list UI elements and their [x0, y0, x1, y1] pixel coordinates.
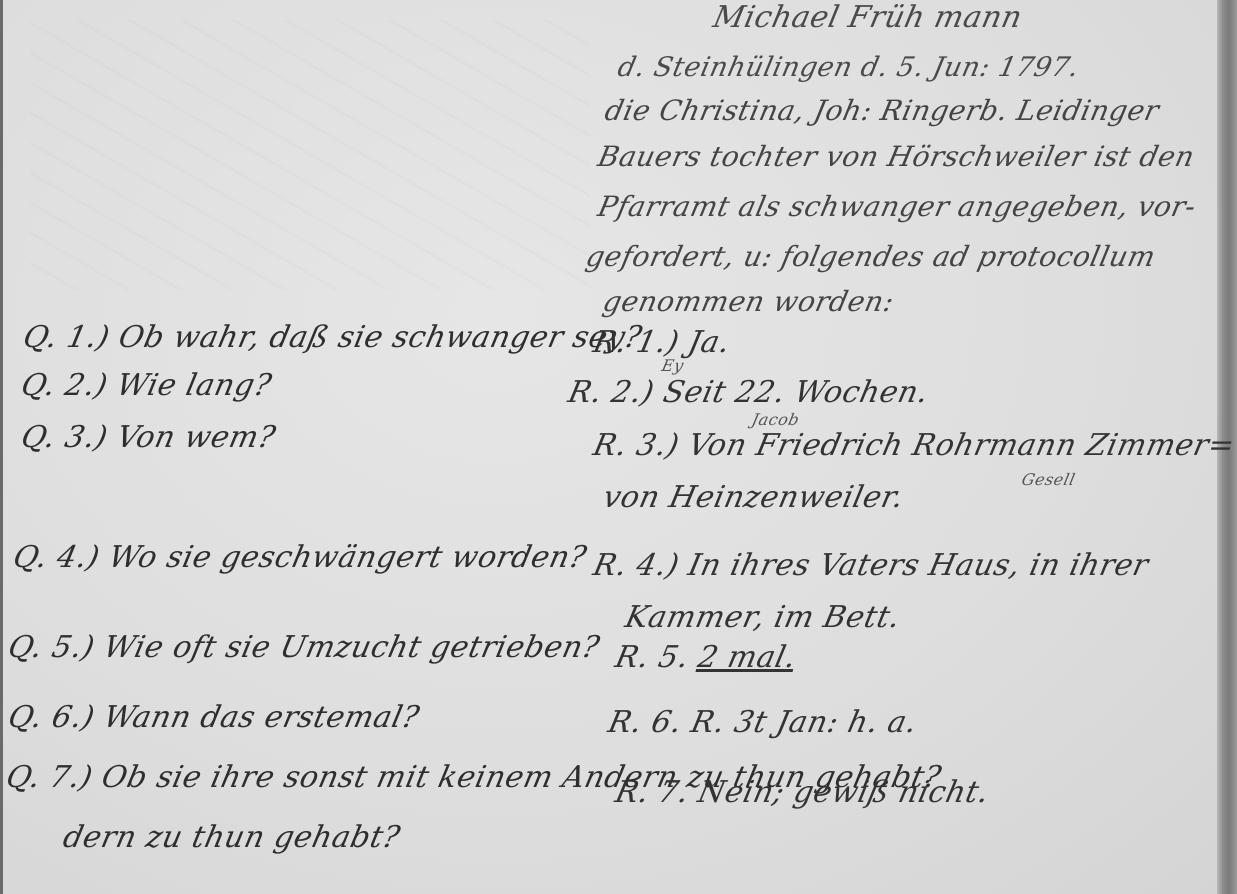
response-text: Nein; gewiß nicht.	[695, 775, 992, 810]
response-4-continuation: Kammer, im Bett.	[622, 600, 904, 635]
question-3: Q. 3.) Von wem?	[18, 420, 279, 455]
question-1: Q. 1.) Ob wahr, daß sie schwanger sey?	[20, 320, 645, 355]
question-label: Q. 3.)	[18, 420, 111, 455]
response-3-interlinear-below: Gesell	[1020, 470, 1077, 489]
question-label: Q. 4.)	[10, 540, 103, 575]
body-line-2: Bauers tochter von Hörschweiler ist den	[595, 140, 1198, 173]
question-6: Q. 6.) Wann das erstemal?	[5, 700, 423, 735]
response-text: In ihres Vaters Haus, in ihrer	[685, 548, 1152, 583]
question-label: Q. 6.)	[5, 700, 98, 735]
response-1: R. 1.) Ja.	[590, 325, 733, 360]
response-3-interlinear-above: Jacob	[750, 410, 801, 429]
question-text: Von wem?	[114, 420, 279, 455]
response-text: Von Friedrich Rohrmann Zimmer=	[685, 428, 1237, 463]
response-6: R. 6. R. 3t Jan: h. a.	[605, 705, 920, 740]
response-label: R. 2.)	[565, 375, 657, 410]
question-label: Q. 7.)	[3, 760, 96, 795]
response-2-interlinear: Ey	[660, 356, 686, 375]
page-left-edge	[0, 0, 3, 894]
response-2: R. 2.) Seit 22. Wochen.	[565, 375, 932, 410]
question-2: Q. 2.) Wie lang?	[18, 368, 275, 403]
response-text: Seit 22. Wochen.	[660, 375, 932, 410]
question-5: Q. 5.) Wie oft sie Umzucht getrieben?	[5, 630, 603, 665]
question-text: Wie oft sie Umzucht getrieben?	[101, 630, 603, 665]
response-text: R. 3t Jan: h. a.	[688, 705, 920, 740]
response-5: R. 5. 2 mal.	[612, 640, 799, 675]
question-4: Q. 4.) Wo sie geschwängert worden?	[10, 540, 590, 575]
bleed-through-texture	[30, 20, 590, 290]
response-3-continuation: von Heinzenweiler.	[600, 480, 907, 515]
response-4: R. 4.) In ihres Vaters Haus, in ihrer	[590, 548, 1152, 583]
response-label: R. 3.)	[590, 428, 682, 463]
response-label: R. 4.)	[590, 548, 682, 583]
question-text: Wo sie geschwängert worden?	[106, 540, 590, 575]
body-line-4: gefordert, u: folgendes ad protocollum	[583, 240, 1159, 273]
manuscript-page: Michael Früh mann d. Steinhülingen d. 5.…	[0, 0, 1237, 894]
header-place-date: d. Steinhülingen d. 5. Jun: 1797.	[615, 52, 1082, 83]
response-label: R. 6.	[605, 705, 685, 740]
question-text: Wie lang?	[114, 368, 275, 403]
response-label: R. 7.	[612, 775, 692, 810]
body-line-1: die Christina, Joh: Ringerb. Leidinger	[602, 94, 1162, 127]
response-text: Ja.	[685, 325, 733, 360]
response-7: R. 7. Nein; gewiß nicht.	[612, 775, 992, 810]
response-label: R. 1.)	[590, 325, 682, 360]
body-line-5: genommen worden:	[600, 285, 897, 318]
question-label: Q. 1.)	[20, 320, 113, 355]
question-label: Q. 2.)	[18, 368, 111, 403]
question-text: Wann das erstemal?	[101, 700, 423, 735]
response-label: R. 5.	[612, 640, 692, 675]
body-line-3: Pfarramt als schwanger angegeben, vor-	[595, 190, 1199, 223]
header-title: Michael Früh mann	[710, 0, 1025, 35]
response-text: 2 mal.	[695, 640, 800, 675]
question-7-continuation: dern zu thun gehabt?	[60, 820, 403, 855]
response-3: R. 3.) Von Friedrich Rohrmann Zimmer=	[590, 428, 1237, 463]
question-label: Q. 5.)	[5, 630, 98, 665]
question-text: Ob wahr, daß sie schwanger sey?	[116, 320, 646, 355]
